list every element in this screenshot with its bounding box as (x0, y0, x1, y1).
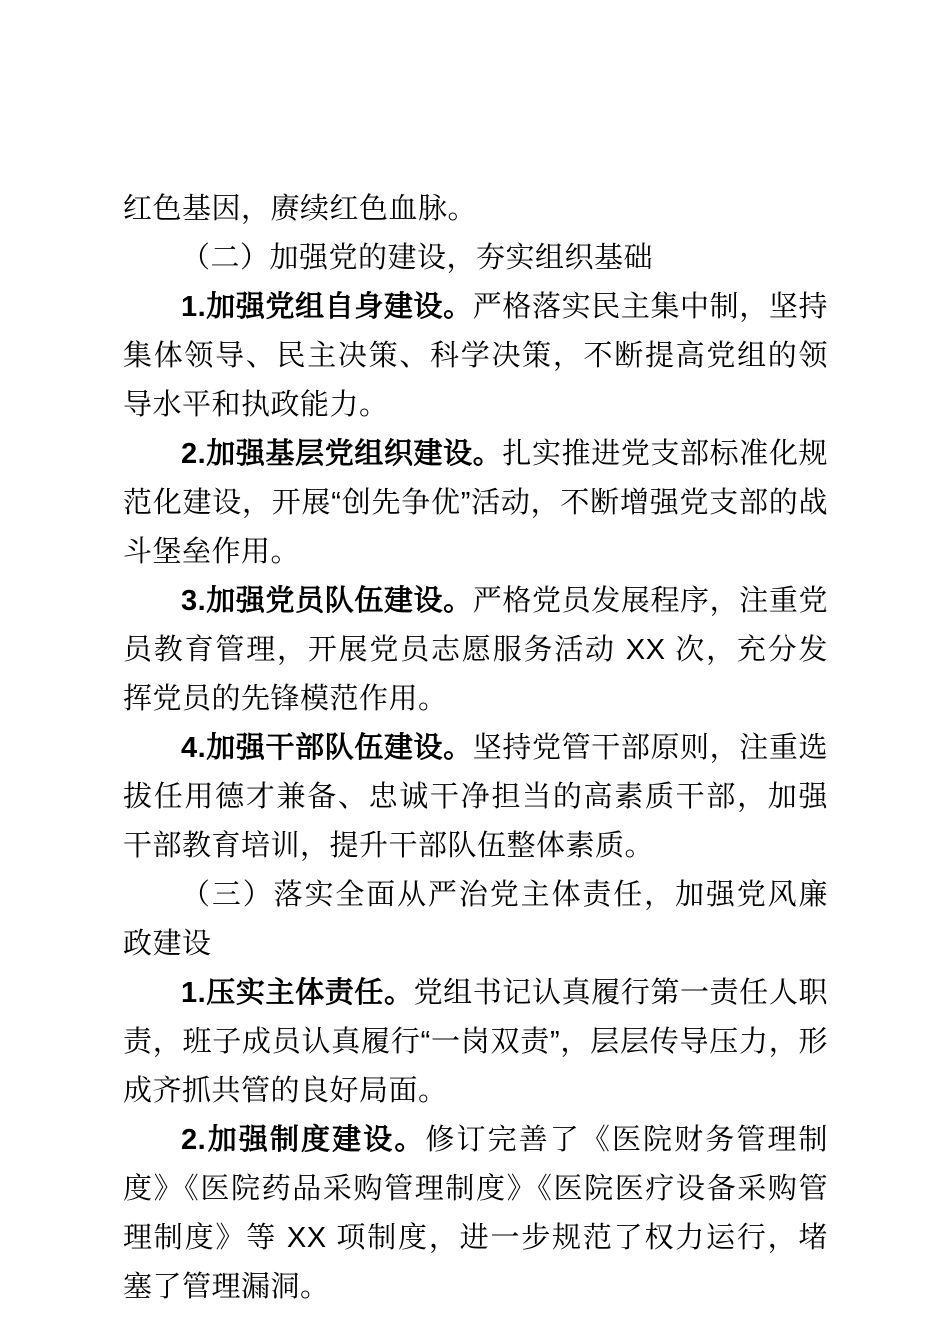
section-heading: （二）加强党的建设，夯实组织基础 (123, 234, 828, 283)
paragraph-lead: 2.加强基层党组织建设。 (181, 438, 502, 470)
paragraph-lead: 4.加强干部队伍建设。 (181, 732, 473, 764)
paragraph: 1.压实主体责任。党组书记认真履行第一责任人职责，班子成员认真履行“一岗双责”，… (123, 969, 828, 1116)
paragraph-text: （三）落实全面从严治党主体责任，加强党风廉政建设 (123, 879, 828, 960)
paragraph: 1.加强党组自身建设。严格落实民主集中制，坚持集体领导、民主决策、科学决策，不断… (123, 283, 828, 430)
paragraph-lead: 1.加强党组自身建设。 (181, 291, 473, 323)
paragraph-lead: 3.加强党员队伍建设。 (181, 585, 473, 617)
paragraph-text: （二）加强党的建设，夯实组织基础 (181, 242, 653, 274)
document-page: 红色基因，赓续红色血脉。 （二）加强党的建设，夯实组织基础 1.加强党组自身建设… (0, 0, 950, 1344)
paragraph-text: 红色基因，赓续红色血脉。 (123, 193, 477, 225)
paragraph: 4.加强干部队伍建设。坚持党管干部原则，注重选拔任用德才兼备、忠诚干净担当的高素… (123, 724, 828, 871)
paragraph-lead: 1.压实主体责任。 (181, 977, 414, 1009)
paragraph: 红色基因，赓续红色血脉。 (123, 185, 828, 234)
paragraph-lead: 2.加强制度建设。 (181, 1124, 425, 1156)
paragraph: 2.加强制度建设。修订完善了《医院财务管理制度》《医院药品采购管理制度》《医院医… (123, 1116, 828, 1312)
paragraph: 2.加强基层党组织建设。扎实推进党支部标准化规范化建设，开展“创先争优”活动，不… (123, 430, 828, 577)
paragraph: 3.加强党员队伍建设。严格党员发展程序，注重党员教育管理，开展党员志愿服务活动 … (123, 577, 828, 724)
section-heading: （三）落实全面从严治党主体责任，加强党风廉政建设 (123, 871, 828, 969)
